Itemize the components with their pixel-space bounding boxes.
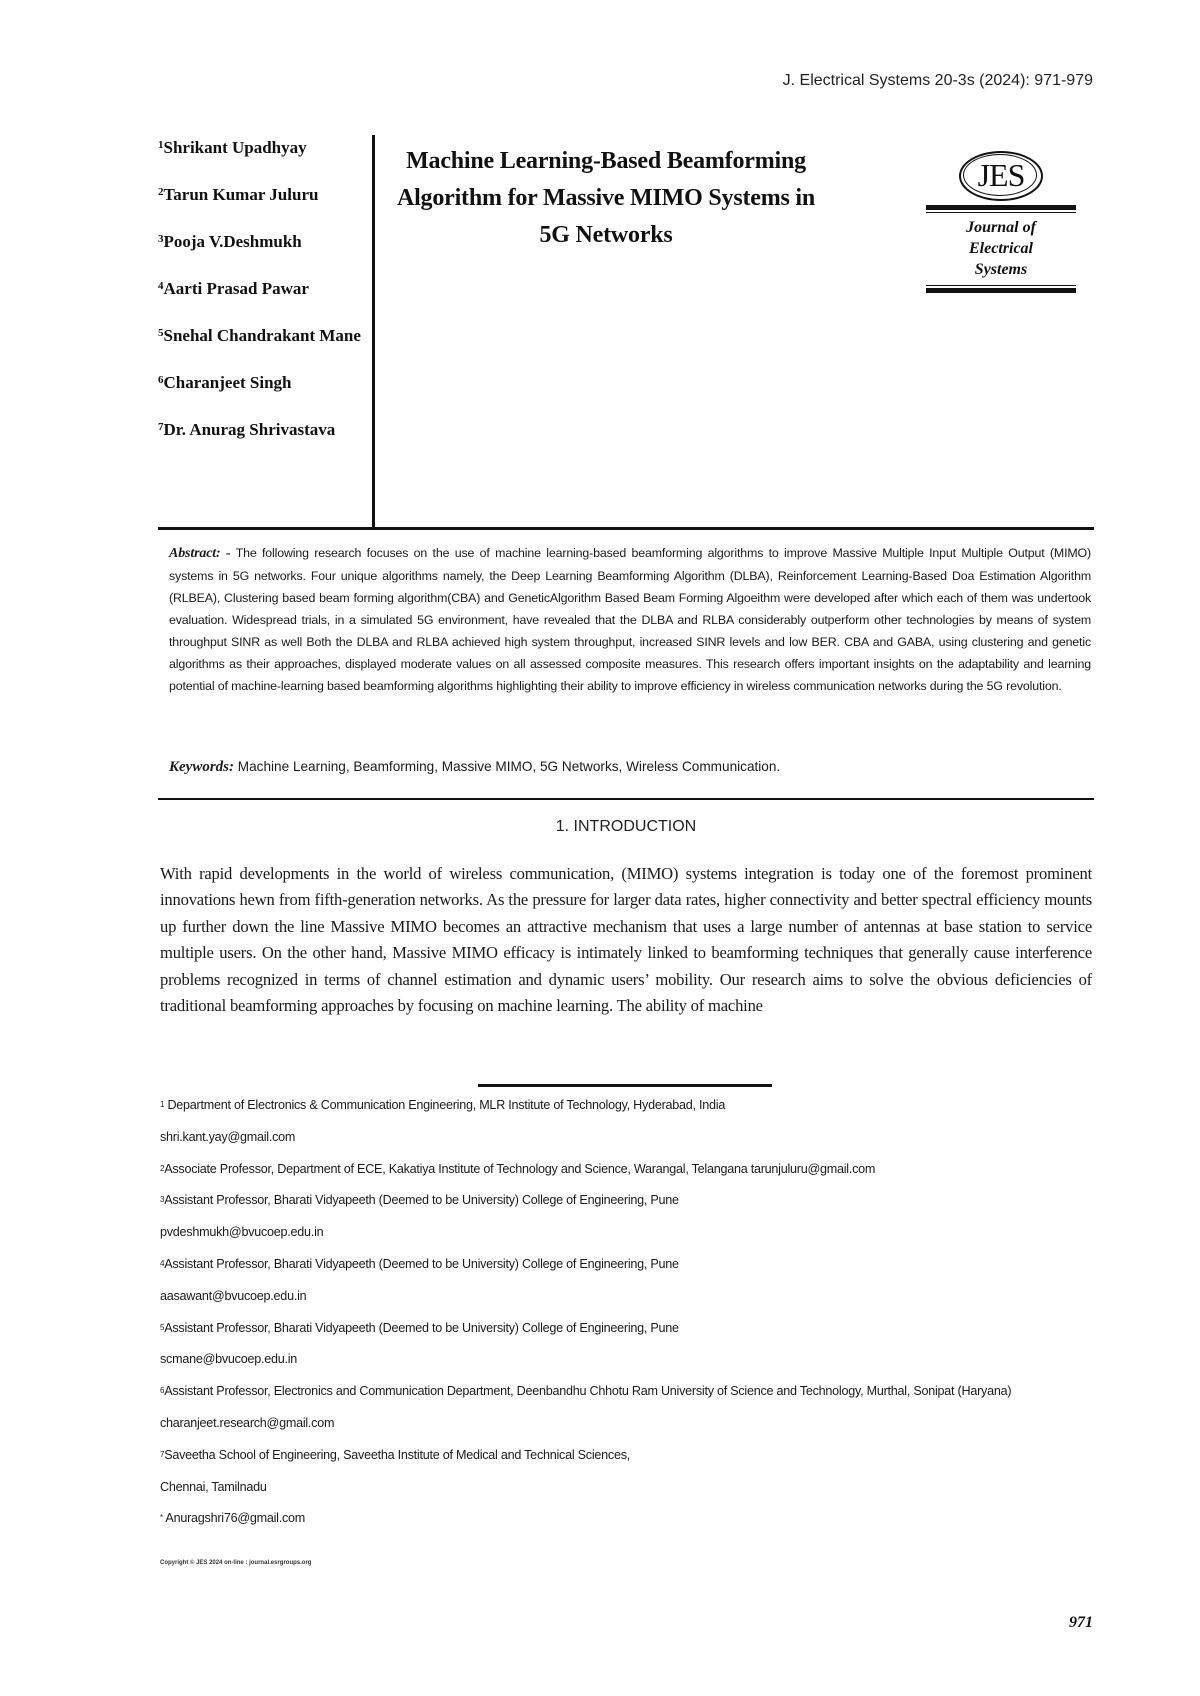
footnote-line: 3Assistant Professor, Bharati Vidyapeeth… (160, 1192, 1095, 1208)
author-number: 5 (158, 327, 164, 339)
paper-page: J. Electrical Systems 20-3s (2024): 971-… (0, 0, 1200, 1696)
footnote-text: scmane@bvucoep.edu.in (160, 1352, 297, 1366)
author-number: 1 (158, 139, 164, 151)
page-number: 971 (1069, 1614, 1093, 1632)
author-name: Dr. Anurag Shrivastava (164, 420, 336, 439)
copyright-notice: Copyright © JES 2024 on-line : journal.e… (160, 1560, 311, 1566)
header-block: 1Shrikant Upadhyay 2Tarun Kumar Juluru 3… (158, 135, 1094, 529)
abstract-text: The following research focuses on the us… (169, 546, 1091, 693)
footnote-text: Anuragshri76@gmail.com (163, 1511, 305, 1525)
journal-logo: JES Journal of Electrical Systems (926, 151, 1086, 303)
introduction-paragraph: With rapid developments in the world of … (160, 861, 1092, 1019)
footnote-line: Chennai, Tamilnadu (160, 1479, 1095, 1495)
footnote-line: 7Saveetha School of Engineering, Saveeth… (160, 1447, 1095, 1463)
author-list: 1Shrikant Upadhyay 2Tarun Kumar Juluru 3… (158, 135, 370, 464)
footnote-line: aasawant@bvucoep.edu.in (160, 1288, 1095, 1304)
logo-line: Journal of (926, 217, 1076, 238)
footnote-text: Assistant Professor, Electronics and Com… (164, 1384, 1011, 1398)
author-7: 7Dr. Anurag Shrivastava (158, 417, 370, 442)
paper-title: Machine Learning-Based Beamforming Algor… (396, 143, 816, 254)
footnote-line: 4Assistant Professor, Bharati Vidyapeeth… (160, 1256, 1095, 1272)
keywords-label: Keywords: (169, 759, 234, 775)
footnote-text: pvdeshmukh@bvucoep.edu.in (160, 1225, 323, 1239)
footnote-rule (478, 1084, 772, 1087)
running-head: J. Electrical Systems 20-3s (2024): 971-… (783, 72, 1093, 90)
logo-line: Systems (926, 259, 1076, 280)
author-name: Shrikant Upadhyay (164, 138, 307, 157)
author-3: 3Pooja V.Deshmukh (158, 229, 370, 254)
author-name: Snehal Chandrakant Mane (164, 326, 361, 345)
footnote-line: shri.kant.yay@gmail.com (160, 1129, 1095, 1145)
abstract-label: Abstract: - (169, 546, 231, 561)
footnote-line: 1 Department of Electronics & Communicat… (160, 1097, 1095, 1113)
footnote-text: Chennai, Tamilnadu (160, 1480, 267, 1494)
abstract-divider (158, 798, 1094, 800)
footnote-text: shri.kant.yay@gmail.com (160, 1130, 295, 1144)
footnote-text: Assistant Professor, Bharati Vidyapeeth … (164, 1257, 679, 1271)
footnote-text: charanjeet.research@gmail.com (160, 1416, 334, 1430)
abstract: Abstract: - The following research focus… (169, 542, 1091, 697)
footnote-text: Saveetha School of Engineering, Saveetha… (164, 1448, 630, 1462)
author-name: Charanjeet Singh (164, 373, 292, 392)
logo-bar (926, 212, 1076, 213)
author-2: 2Tarun Kumar Juluru (158, 182, 370, 207)
logo-line: Electrical (926, 238, 1076, 259)
header-divider (158, 527, 1094, 530)
author-number: 2 (158, 186, 164, 198)
author-4: 4Aarti Prasad Pawar (158, 276, 370, 301)
footnote-text: Associate Professor, Department of ECE, … (164, 1162, 875, 1176)
footnote-line: scmane@bvucoep.edu.in (160, 1351, 1095, 1367)
vertical-divider (372, 135, 375, 529)
footnote-line: 6Assistant Professor, Electronics and Co… (160, 1383, 1095, 1399)
author-number: 7 (158, 421, 164, 433)
author-number: 6 (158, 374, 164, 386)
footnote-line: * Anuragshri76@gmail.com (160, 1510, 1095, 1526)
author-name: Tarun Kumar Juluru (164, 185, 319, 204)
logo-bar (926, 288, 1076, 293)
footnote-text: Assistant Professor, Bharati Vidyapeeth … (164, 1193, 679, 1207)
author-6: 6Charanjeet Singh (158, 370, 370, 395)
author-1: 1Shrikant Upadhyay (158, 135, 370, 160)
keywords: Keywords: Machine Learning, Beamforming,… (169, 757, 1091, 777)
footnote-text: Department of Electronics & Communicatio… (164, 1098, 725, 1112)
footnote-text: aasawant@bvucoep.edu.in (160, 1289, 306, 1303)
logo-bar (926, 205, 1076, 210)
footnote-line: 2Associate Professor, Department of ECE,… (160, 1161, 1095, 1177)
logo-acronym: JES (959, 153, 1043, 197)
footnote-line: charanjeet.research@gmail.com (160, 1415, 1095, 1431)
author-5: 5Snehal Chandrakant Mane (158, 323, 370, 348)
logo-journal-name: Journal of Electrical Systems (926, 217, 1076, 280)
footnote-line: pvdeshmukh@bvucoep.edu.in (160, 1224, 1095, 1240)
keywords-text: Machine Learning, Beamforming, Massive M… (238, 759, 780, 774)
author-name: Pooja V.Deshmukh (164, 232, 302, 251)
author-number: 4 (158, 280, 164, 292)
footnote-line: 5Assistant Professor, Bharati Vidyapeeth… (160, 1320, 1095, 1336)
author-number: 3 (158, 233, 164, 245)
logo-bar (926, 285, 1076, 286)
footnote-text: Assistant Professor, Bharati Vidyapeeth … (164, 1321, 679, 1335)
footnotes: 1 Department of Electronics & Communicat… (160, 1097, 1095, 1542)
section-heading: 1. INTRODUCTION (158, 818, 1094, 836)
author-name: Aarti Prasad Pawar (164, 279, 309, 298)
